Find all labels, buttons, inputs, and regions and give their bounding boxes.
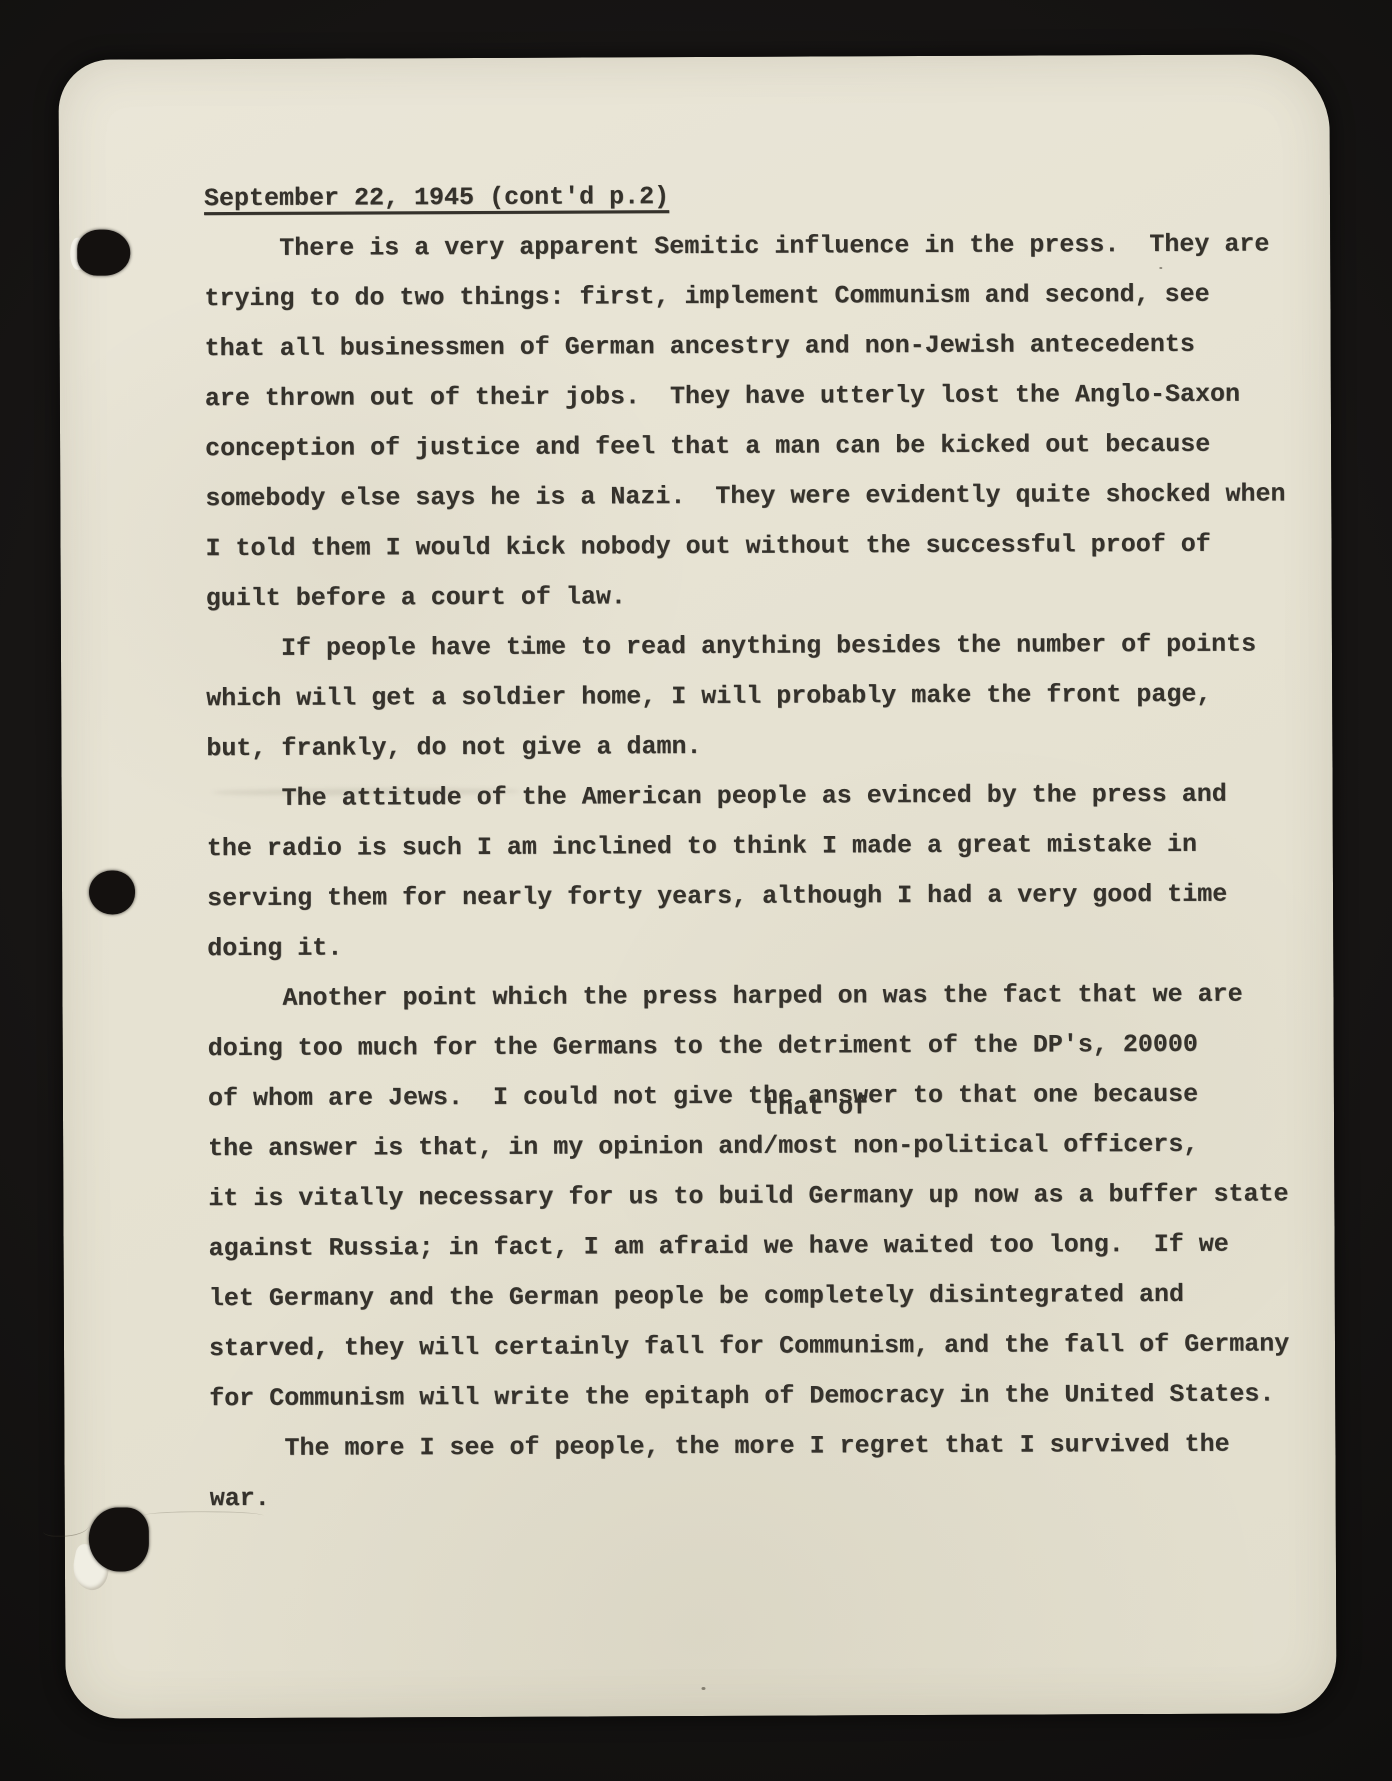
text-line: which will get a soldier home, I will pr… (206, 669, 1286, 724)
torn-paper-edge (70, 238, 84, 270)
text-line: There is a very apparent Semitic influen… (204, 219, 1284, 274)
text-line: let Germany and the German people be com… (209, 1269, 1289, 1324)
text-line: somebody else says he is a Nazi. They we… (205, 469, 1285, 524)
punch-hole-top (77, 229, 130, 275)
paper-speck (701, 1687, 705, 1690)
text-line: that all businessmen of German ancestry … (205, 319, 1285, 374)
text-line: Another point which the press harped on … (207, 969, 1287, 1024)
date-heading: September 22, 1945 (cont'd p.2) (204, 169, 1284, 224)
interline-insertion: that of (763, 1094, 868, 1119)
text-line: are thrown out of their jobs. They have … (205, 369, 1285, 424)
text-line: of whom are Jews. I could not give the a… (208, 1069, 1288, 1124)
text-line: the answer is that, in my opinion and/mo… (208, 1119, 1288, 1174)
punch-hole-bottom (89, 1507, 149, 1571)
text-line: doing too much for the Germans to the de… (208, 1019, 1288, 1074)
text-line: The attitude of the American people as e… (207, 769, 1287, 824)
text-line: starved, they will certainly fall for Co… (209, 1319, 1289, 1374)
text-line: If people have time to read anything bes… (206, 619, 1286, 674)
text-line: serving them for nearly forty years, alt… (207, 869, 1287, 924)
text-line: but, frankly, do not give a damn. (206, 719, 1286, 774)
text-line: against Russia; in fact, I am afraid we … (208, 1219, 1288, 1274)
text-line: conception of justice and feel that a ma… (205, 419, 1285, 474)
scan-background: September 22, 1945 (cont'd p.2) There is… (0, 0, 1392, 1781)
text-line: war. (210, 1469, 1290, 1524)
text-line: for Communism will write the epitaph of … (209, 1369, 1289, 1424)
tear-crease-left (43, 1518, 89, 1537)
text-line: trying to do two things: first, implemen… (204, 269, 1284, 324)
text-line: I told them I would kick nobody out with… (205, 519, 1285, 574)
text-line: The more I see of people, the more I reg… (209, 1419, 1289, 1474)
punch-hole-middle (89, 870, 135, 914)
typewritten-text: September 22, 1945 (cont'd p.2) There is… (204, 169, 1290, 1524)
text-line: guilt before a court of law. (206, 569, 1286, 624)
text-line: doing it. (207, 919, 1287, 974)
text-line: the radio is such I am inclined to think… (207, 819, 1287, 874)
torn-paper-flap (69, 1542, 113, 1592)
text-line: it is vitally necessary for us to build … (208, 1169, 1288, 1224)
document-page: September 22, 1945 (cont'd p.2) There is… (58, 54, 1336, 1719)
